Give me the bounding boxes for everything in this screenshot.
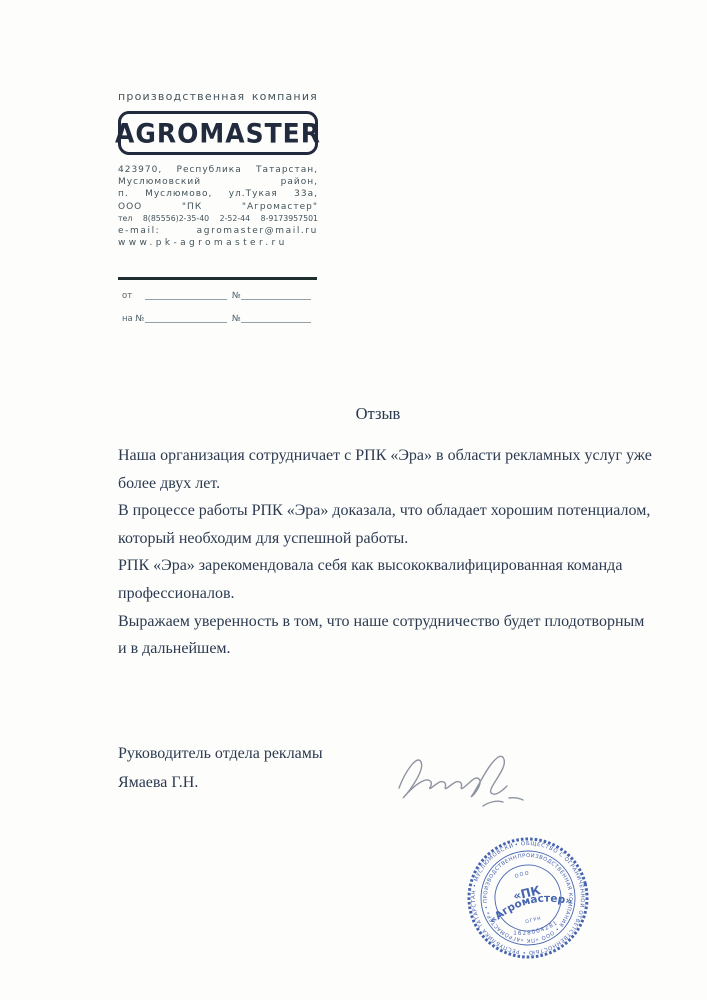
body-paragraph: В процессе работы РПК «Эра» доказала, чт… bbox=[118, 497, 654, 552]
company-tagline: производственная компания bbox=[118, 90, 318, 103]
company-address-block: 423970, Республика Татарстан, Муслюмовск… bbox=[118, 164, 318, 249]
signer-name: Ямаева Г.Н. bbox=[118, 769, 323, 798]
letterhead-divider bbox=[118, 277, 317, 280]
address-line: 423970, Республика Татарстан, bbox=[118, 164, 318, 176]
company-logo: AGROMASTER bbox=[118, 111, 318, 155]
address-line: Муслюмовский район, bbox=[118, 176, 318, 188]
signer-position: Руководитель отдела рекламы bbox=[118, 740, 323, 769]
date-fill-line bbox=[145, 322, 227, 323]
document-title: Отзыв bbox=[118, 404, 638, 424]
date-fill-line bbox=[145, 299, 227, 300]
body-paragraph: РПК «Эра» зарекомендовала себя как высок… bbox=[118, 552, 654, 607]
phone-line: тел 8(85556)2-35-40 2-52-44 8-9173957501 bbox=[118, 213, 318, 225]
from-label: от bbox=[122, 291, 132, 301]
number-fill-line bbox=[241, 299, 311, 300]
ref-field-row-incoming: на № № bbox=[118, 311, 316, 325]
address-line: п. Муслюмово, ул.Тукая 33а, bbox=[118, 188, 318, 200]
number-fill-line bbox=[241, 322, 311, 323]
signature-stroke bbox=[399, 756, 507, 798]
body-paragraph: Наша организация сотрудничает с РПК «Эра… bbox=[118, 442, 654, 497]
email-line: e-mail: agromaster@mail.ru bbox=[118, 225, 318, 237]
scanned-letter-page: производственная компания AGROMASTER 423… bbox=[0, 0, 707, 1000]
company-round-stamp: • ОБЩЕСТВО С ОГРАНИЧЕННОЙ ОТВЕТСТВЕННОСТ… bbox=[428, 798, 628, 998]
on-number-label: на № bbox=[122, 314, 144, 324]
address-line: ООО "ПК "Агромастер" bbox=[118, 201, 318, 213]
letter-body: Наша организация сотрудничает с РПК «Эра… bbox=[118, 442, 654, 663]
body-paragraph: Выражаем уверенность в том, что наше сот… bbox=[118, 608, 654, 663]
letterhead: производственная компания AGROMASTER 423… bbox=[118, 90, 318, 249]
number-label: № bbox=[232, 291, 241, 301]
number-label: № bbox=[232, 314, 241, 324]
ref-field-row-outgoing: от № bbox=[118, 288, 316, 302]
website-line: www.pk-agromaster.ru bbox=[118, 237, 318, 249]
svg-text:ООО: ООО bbox=[514, 870, 531, 880]
signoff-block: Руководитель отдела рекламы Ямаева Г.Н. bbox=[118, 740, 323, 797]
stamp-center-top-text: ООО bbox=[514, 870, 531, 880]
company-logo-text: AGROMASTER bbox=[115, 118, 321, 148]
stamp-ogrn-label: ОГРН bbox=[525, 915, 543, 925]
